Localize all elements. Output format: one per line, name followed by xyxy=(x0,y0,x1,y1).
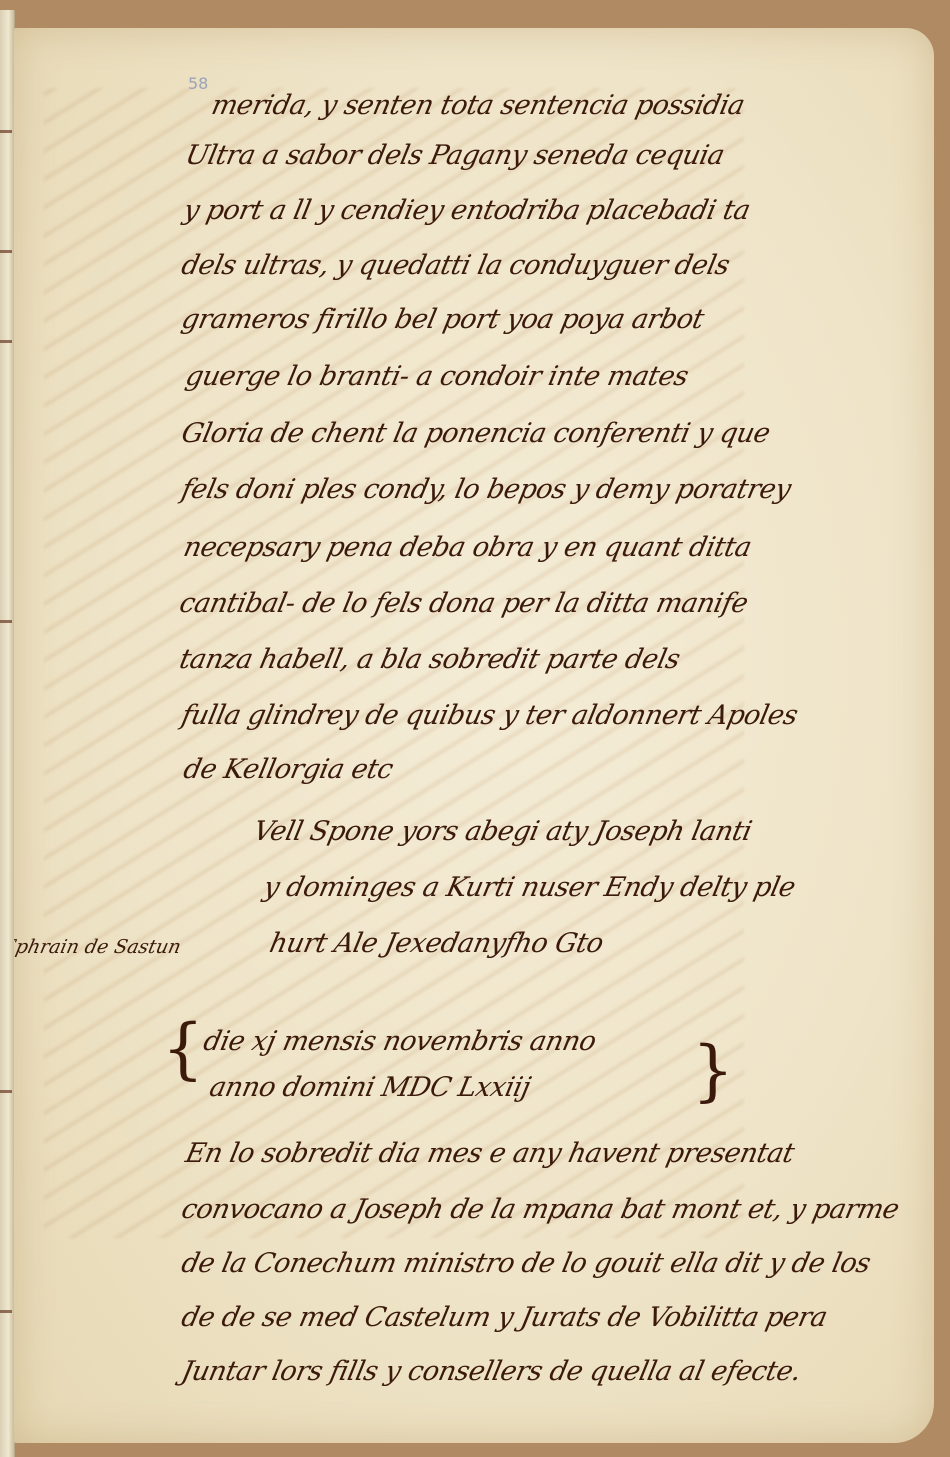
date-heading-line: anno domini MDC Lxxiij xyxy=(207,1072,533,1103)
signature-line: Vell Spone yors abegi aty Joseph lanti xyxy=(251,816,755,847)
signature-line: y dominges a Kurti nuser Endy delty ple xyxy=(261,872,798,903)
text-line: dels ultras, y quedatti la conduyguer de… xyxy=(179,250,733,281)
text-line: de la Conechum ministro de lo gouit ella… xyxy=(179,1248,873,1279)
text-line: Juntar lors fills y consellers de quella… xyxy=(179,1356,804,1387)
text-line: Gloria de chent la ponencia conferenti y… xyxy=(179,418,773,449)
text-line: fulla glindrey de quibus y ter aldonnert… xyxy=(179,700,801,731)
text-line: de Kellorgia etc xyxy=(181,754,396,785)
manuscript-page: 58 merida, y senten tota sentencia possi… xyxy=(14,28,934,1443)
text-line: merida, y senten tota sentencia possidia xyxy=(209,90,748,121)
text-line: tanza habell, a bla sobredit parte dels xyxy=(177,644,683,675)
left-brace: { xyxy=(162,1016,204,1082)
text-line: fels doni ples condy, lo bepos y demy po… xyxy=(179,474,794,505)
text-line: En lo sobredit dia mes e any havent pres… xyxy=(183,1138,797,1169)
signature-line: hurt Ale Jexedanyfho Gto xyxy=(267,928,606,959)
text-line: necepsary pena deba obra y en quant ditt… xyxy=(181,532,754,563)
text-line: Ultra a sabor dels Pagany seneda cequia xyxy=(183,140,727,171)
text-line: cantibal- de lo fels dona per la ditta m… xyxy=(177,588,751,619)
previous-page-edge xyxy=(0,10,15,1457)
text-line: guerge lo branti- a condoir inte mates xyxy=(183,361,691,392)
right-brace: } xyxy=(692,1038,734,1104)
text-line: convocano a Joseph de la mpana bat mont … xyxy=(179,1194,902,1225)
text-line: grameros firillo bel port yoa poya arbot xyxy=(179,304,707,335)
text-line: y port a ll y cendiey entodriba placebad… xyxy=(181,195,753,226)
folio-number: 58 xyxy=(188,74,208,93)
margin-note: Ephrain de Sastun xyxy=(14,936,183,958)
date-heading-line: die xj mensis novembris anno xyxy=(201,1026,599,1057)
text-line: de de se med Castelum y Jurats de Vobili… xyxy=(179,1302,830,1333)
